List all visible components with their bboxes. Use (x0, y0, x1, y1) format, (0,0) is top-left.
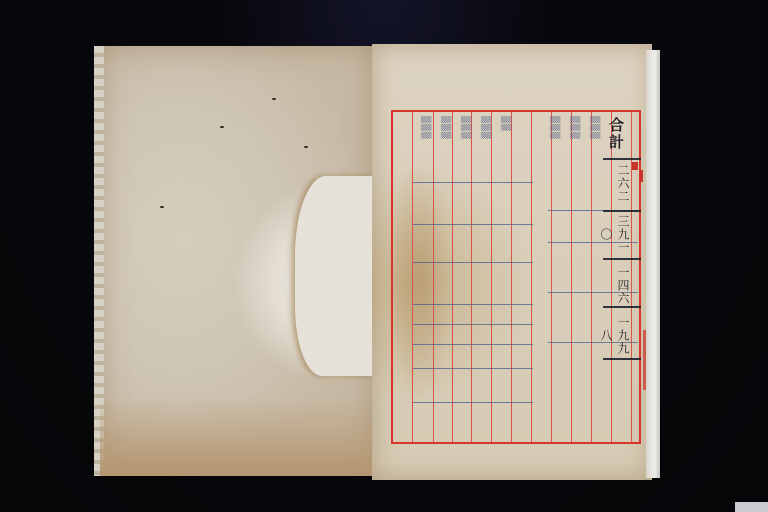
grid-hline (413, 262, 533, 263)
faded-header: ▒▒▒ (456, 116, 470, 168)
grid-vline (491, 112, 492, 442)
ink-speck (272, 98, 276, 100)
faded-header: ▒▒▒ (476, 116, 490, 168)
faded-header: ▒▒▒ (436, 116, 450, 168)
bottom-stain (100, 396, 372, 476)
faded-header: ▒▒▒ (585, 116, 599, 168)
grid-vline (412, 112, 413, 442)
faded-header: ▒▒ (496, 116, 510, 168)
grid-vline (433, 112, 434, 442)
left-page-blank (100, 46, 372, 476)
grid-vline (531, 112, 532, 442)
total-divider (603, 358, 641, 360)
total-column-header: 合計 (605, 112, 627, 156)
grid-hline (413, 224, 533, 225)
grid-hline (413, 324, 533, 325)
water-damage-patch (295, 176, 372, 376)
red-seal-mark (632, 162, 638, 170)
grid-vline (452, 112, 453, 442)
corner-light-patch (735, 502, 768, 512)
grid-hline (413, 368, 533, 369)
faded-header: ▒▒▒ (545, 116, 559, 168)
ink-speck (304, 146, 308, 148)
grid-vline (471, 112, 472, 442)
total-value: 三九一〇 (610, 210, 632, 258)
total-value: 一九九八 (610, 312, 632, 358)
faded-header: ▒▒▒ (416, 116, 430, 168)
faded-header: ▒▒▒ (565, 116, 579, 168)
ink-speck (220, 126, 224, 128)
grid-hline (413, 402, 533, 403)
ink-speck (160, 206, 164, 208)
red-seal-mark (643, 330, 646, 390)
grid-hline (413, 344, 533, 345)
page-stack-edge (646, 50, 660, 478)
red-seal-mark (640, 170, 643, 182)
grid-hline (413, 304, 533, 305)
total-divider (603, 258, 641, 260)
total-value: 一四六 (610, 262, 632, 308)
grid-hline (413, 182, 533, 183)
total-value: 二六二 (610, 160, 632, 206)
grid-vline (511, 112, 512, 442)
